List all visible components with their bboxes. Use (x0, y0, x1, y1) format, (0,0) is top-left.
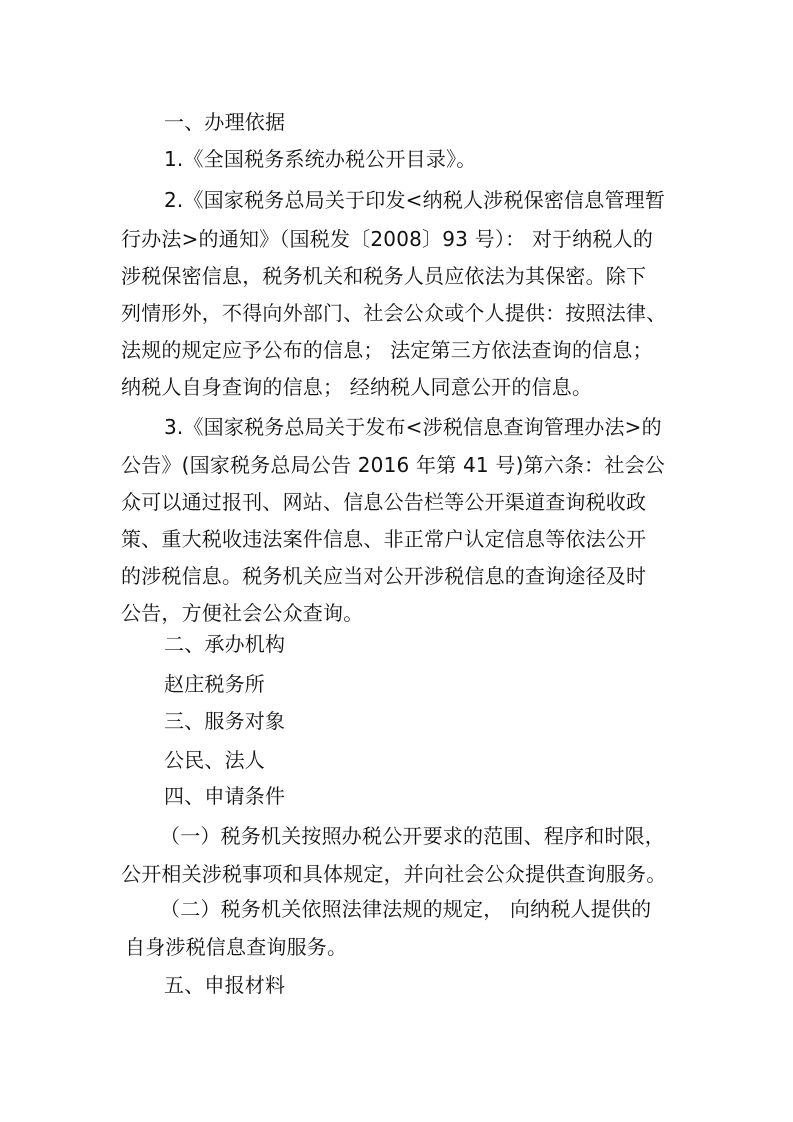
text-line: 行办法>的通知》（国税发〔2008〕93 号）： 对于纳税人的 (121, 225, 653, 253)
text-line: 自身涉税信息查询服务。 (125, 933, 347, 961)
text-line: 五、申报材料 (164, 971, 285, 999)
text-line: 1.《全国税务系统办税公开目录》。 (164, 145, 476, 173)
text-line: 公告》(国家税务总局公告 2016 年第 41 号)第六条：社会公 (121, 451, 665, 479)
text-line: 二、承办机构 (164, 630, 285, 658)
text-line: 3.《国家税务总局关于发布<涉税信息查询管理办法>的 (164, 413, 662, 441)
text-line: 法规的规定应予公布的信息； 法定第三方依法查询的信息； (121, 336, 653, 364)
text-line: 纳税人自身查询的信息； 经纳税人同意公开的信息。 (121, 373, 592, 401)
text-line: 公开相关涉税事项和具体规定，并向社会公众提供查询服务。 (121, 860, 666, 888)
text-line: （二）税务机关依照法律法规的规定， 向纳税人提供的 (160, 895, 651, 923)
text-line: 三、服务对象 (164, 707, 285, 735)
text-line: 赵庄税务所 (164, 670, 265, 698)
text-line: 2.《国家税务总局关于印发<纳税人涉税保密信息管理暂 (164, 186, 665, 214)
text-line: （一）税务机关按照办税公开要求的范围、程序和时限， (160, 822, 665, 850)
text-line: 的涉税信息。税务机关应当对公开涉税信息的查询途径及时 (121, 562, 646, 590)
text-line: 涉税保密信息，税务机关和税务人员应依法为其保密。除下 (121, 262, 646, 290)
text-line: 公民、法人 (164, 746, 265, 774)
text-line: 众可以通过报刊、网站、信息公告栏等公开渠道查询税收政 (121, 488, 646, 516)
text-line: 四、申请条件 (164, 782, 285, 810)
text-line: 一、办理依据 (164, 108, 285, 136)
text-line: 公告，方便社会公众查询。 (121, 599, 363, 627)
text-line: 列情形外，不得向外部门、社会公众或个人提供：按照法律、 (121, 299, 666, 327)
text-line: 策、重大税收违法案件信息、非正常户认定信息等依法公开 (121, 525, 646, 553)
